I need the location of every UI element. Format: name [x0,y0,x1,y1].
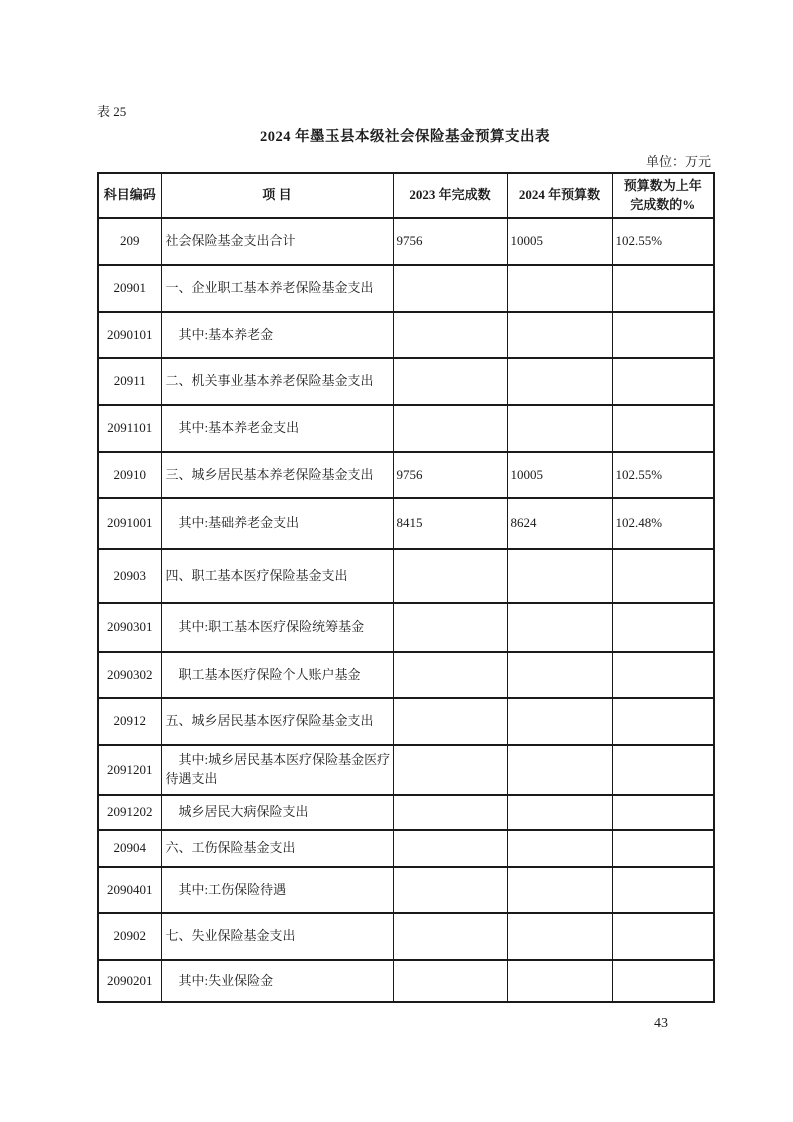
budget-2024-cell [507,867,612,913]
budget-2024-cell [507,405,612,452]
table-row: 2090301其中:职工基本医疗保险统筹基金 [98,603,714,652]
item-name-cell: 七、失业保险基金支出 [161,913,393,960]
item-name-cell: 其中:职工基本医疗保险统筹基金 [161,603,393,652]
pct-of-prev-cell [612,405,714,452]
table-row: 2090302职工基本医疗保险个人账户基金 [98,652,714,698]
item-name-cell: 五、城乡居民基本医疗保险基金支出 [161,698,393,745]
table-row: 20901一、企业职工基本养老保险基金支出 [98,265,714,312]
budget-2024-cell [507,960,612,1002]
subject-code-cell: 2091101 [98,405,161,452]
pct-of-prev-cell [612,652,714,698]
table-row: 2091101其中:基本养老金支出 [98,405,714,452]
table-row: 20912五、城乡居民基本医疗保险基金支出 [98,698,714,745]
completed-2023-cell [393,795,507,830]
subject-code-cell: 2090301 [98,603,161,652]
subject-code-cell: 2090302 [98,652,161,698]
completed-2023-cell [393,960,507,1002]
subject-code-cell: 20911 [98,358,161,405]
completed-2023-cell: 9756 [393,452,507,498]
subject-code-cell: 209 [98,218,161,265]
pct-of-prev-cell: 102.55% [612,218,714,265]
item-name-cell: 职工基本医疗保险个人账户基金 [161,652,393,698]
subject-code-cell: 20902 [98,913,161,960]
budget-2024-cell [507,358,612,405]
table-row: 20904六、工伤保险基金支出 [98,830,714,867]
table-row: 209社会保险基金支出合计975610005102.55% [98,218,714,265]
budget-2024-cell: 10005 [507,218,612,265]
item-name-cell: 其中:城乡居民基本医疗保险基金医疗待遇支出 [161,745,393,795]
document-page: 表 25 2024 年墨玉县本级社会保险基金预算支出表 单位：万元 科目编码 项… [0,0,793,1122]
item-name-cell: 二、机关事业基本养老保险基金支出 [161,358,393,405]
subject-code-cell: 20910 [98,452,161,498]
subject-code-cell: 20901 [98,265,161,312]
pct-of-prev-cell [612,312,714,358]
budget-2024-cell [507,652,612,698]
completed-2023-cell [393,698,507,745]
budget-2024-cell [507,913,612,960]
subject-code-cell: 2091202 [98,795,161,830]
table-row: 2091201其中:城乡居民基本医疗保险基金医疗待遇支出 [98,745,714,795]
item-name-cell: 其中:基本养老金 [161,312,393,358]
table-row: 20910三、城乡居民基本养老保险基金支出975610005102.55% [98,452,714,498]
completed-2023-cell [393,312,507,358]
subject-code-cell: 2091201 [98,745,161,795]
budget-2024-cell [507,698,612,745]
table-header-row: 科目编码 项 目 2023 年完成数 2024 年预算数 预算数为上年 完成数的… [98,173,714,218]
subject-code-cell: 2091001 [98,498,161,549]
pct-of-prev-cell [612,867,714,913]
subject-code-cell: 20904 [98,830,161,867]
budget-2024-cell [507,549,612,603]
completed-2023-cell [393,745,507,795]
completed-2023-cell [393,358,507,405]
pct-of-prev-cell [612,960,714,1002]
item-name-cell: 三、城乡居民基本养老保险基金支出 [161,452,393,498]
subject-code-cell: 2090101 [98,312,161,358]
column-header-item: 项 目 [161,173,393,218]
page-title: 2024 年墨玉县本级社会保险基金预算支出表 [97,125,713,146]
pct-of-prev-cell [612,603,714,652]
pct-of-prev-cell: 102.48% [612,498,714,549]
pct-of-prev-cell [612,358,714,405]
completed-2023-cell [393,830,507,867]
budget-2024-cell [507,603,612,652]
table-row: 20911二、机关事业基本养老保险基金支出 [98,358,714,405]
budget-2024-cell [507,265,612,312]
budget-2024-cell [507,312,612,358]
table-row: 20902七、失业保险基金支出 [98,913,714,960]
item-name-cell: 其中:失业保险金 [161,960,393,1002]
pct-of-prev-cell [612,745,714,795]
subject-code-cell: 20903 [98,549,161,603]
budget-table: 科目编码 项 目 2023 年完成数 2024 年预算数 预算数为上年 完成数的… [97,172,715,1003]
budget-2024-cell [507,830,612,867]
item-name-cell: 其中:工伤保险待遇 [161,867,393,913]
table-row: 2090101其中:基本养老金 [98,312,714,358]
budget-2024-cell [507,745,612,795]
table-number-label: 表 25 [97,101,126,120]
item-name-cell: 一、企业职工基本养老保险基金支出 [161,265,393,312]
column-header-2024-budget: 2024 年预算数 [507,173,612,218]
column-header-subject-code: 科目编码 [98,173,161,218]
completed-2023-cell: 9756 [393,218,507,265]
completed-2023-cell [393,867,507,913]
completed-2023-cell [393,405,507,452]
column-header-2023-completed: 2023 年完成数 [393,173,507,218]
item-name-cell: 其中:基础养老金支出 [161,498,393,549]
completed-2023-cell [393,652,507,698]
pct-of-prev-cell [612,265,714,312]
pct-of-prev-cell [612,795,714,830]
table-row: 2091001其中:基础养老金支出84158624102.48% [98,498,714,549]
item-name-cell: 六、工伤保险基金支出 [161,830,393,867]
completed-2023-cell [393,603,507,652]
subject-code-cell: 20912 [98,698,161,745]
item-name-cell: 社会保险基金支出合计 [161,218,393,265]
completed-2023-cell [393,913,507,960]
pct-of-prev-cell [612,698,714,745]
item-name-cell: 四、职工基本医疗保险基金支出 [161,549,393,603]
budget-2024-cell: 8624 [507,498,612,549]
pct-of-prev-cell [612,830,714,867]
completed-2023-cell: 8415 [393,498,507,549]
completed-2023-cell [393,549,507,603]
subject-code-cell: 2090401 [98,867,161,913]
item-name-cell: 其中:基本养老金支出 [161,405,393,452]
column-header-pct-of-prev: 预算数为上年 完成数的% [612,173,714,218]
table-row: 20903四、职工基本医疗保险基金支出 [98,549,714,603]
subject-code-cell: 2090201 [98,960,161,1002]
pct-of-prev-cell: 102.55% [612,452,714,498]
completed-2023-cell [393,265,507,312]
table-row: 2090401其中:工伤保险待遇 [98,867,714,913]
pct-of-prev-cell [612,549,714,603]
unit-note: 单位：万元 [97,151,711,170]
table-row: 2091202城乡居民大病保险支出 [98,795,714,830]
budget-2024-cell: 10005 [507,452,612,498]
pct-of-prev-cell [612,913,714,960]
page-number: 43 [645,1016,677,1032]
budget-2024-cell [507,795,612,830]
table-row: 2090201其中:失业保险金 [98,960,714,1002]
item-name-cell: 城乡居民大病保险支出 [161,795,393,830]
